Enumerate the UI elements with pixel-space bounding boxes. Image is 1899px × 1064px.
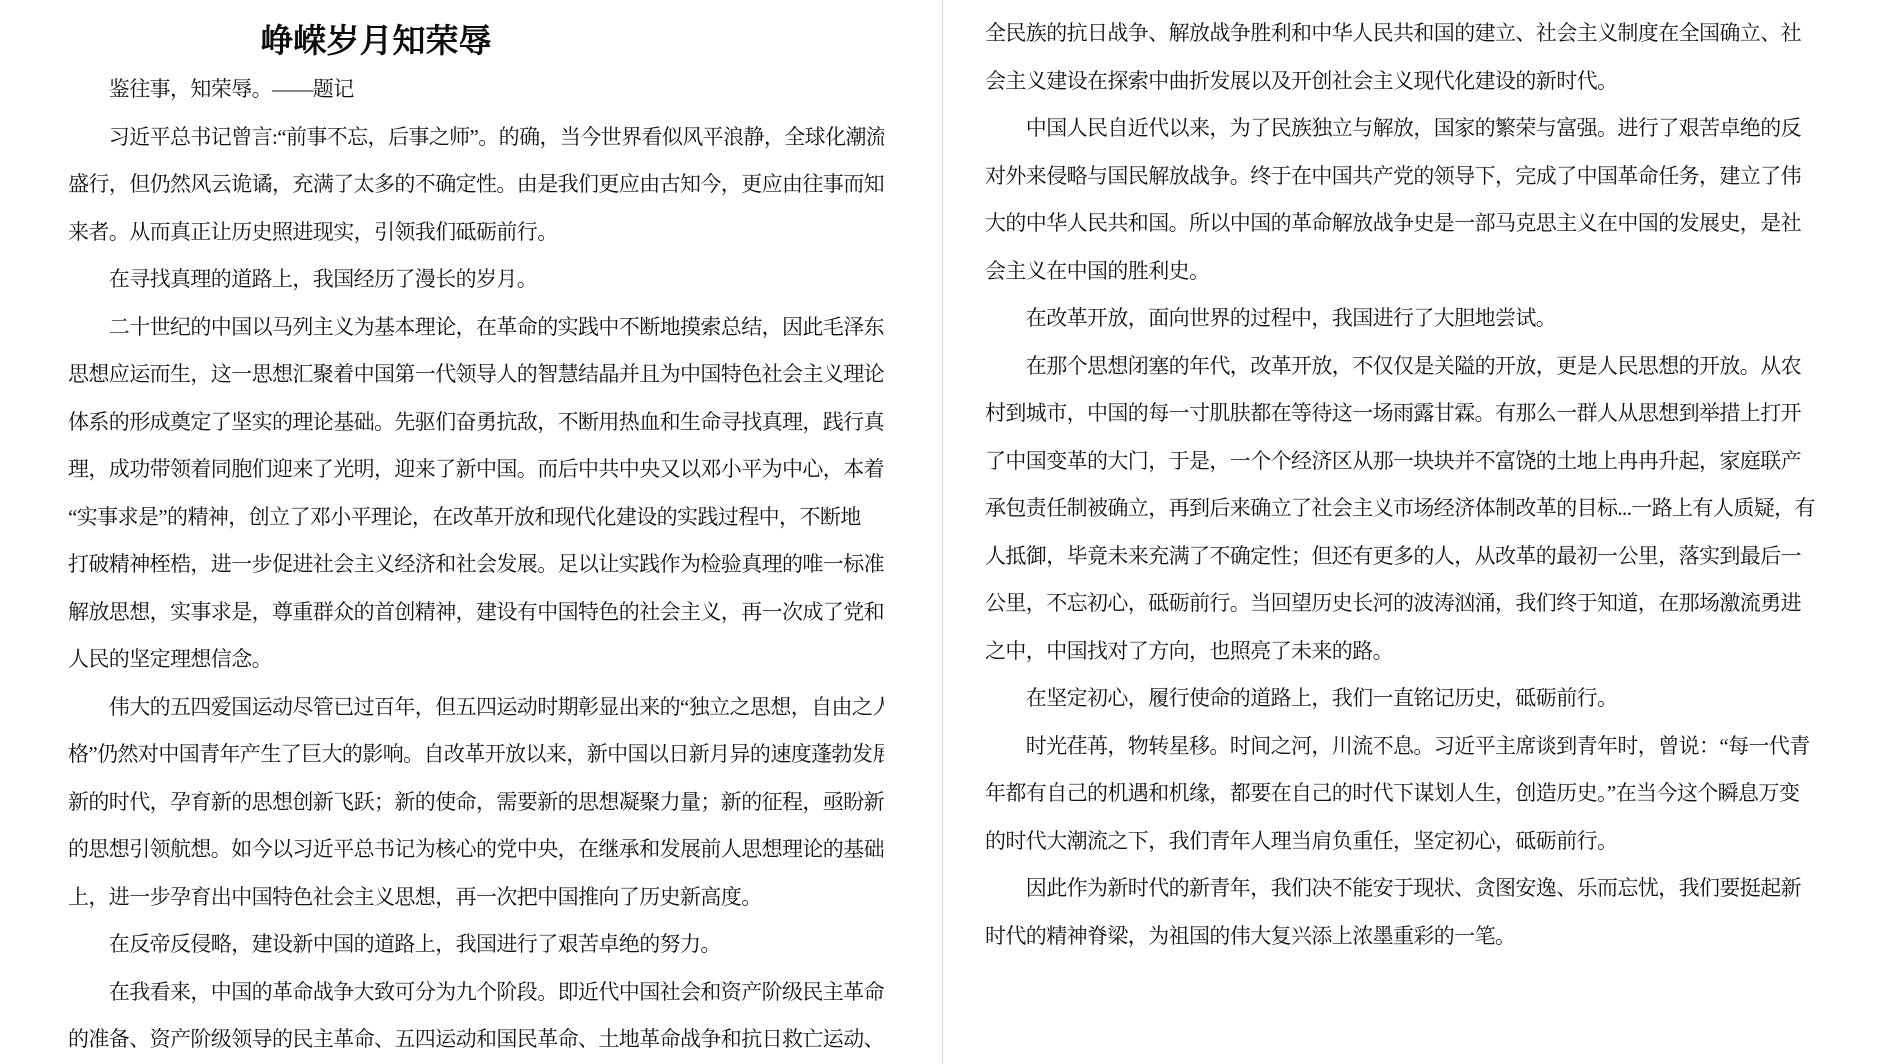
text-line: “实事求是”的精神，创立了邓小平理论，在改革开放和现代化建设的实践过程中，不断地 — [68, 494, 884, 542]
document-page-left: 峥嵘岁月知荣辱 鉴往事，知荣辱。——题记 习近平总书记曾言:“前事不忘，后事之师… — [0, 0, 943, 1064]
text-line: 全民族的抗日战争、解放战争胜利和中华人民共和国的建立、社会主义制度在全国确立、社 — [985, 10, 1855, 58]
text-line: 新的时代，孕育新的思想创新飞跃；新的使命，需要新的思想凝聚力量；新的征程，亟盼新 — [68, 779, 884, 827]
text-line: 体系的形成奠定了坚实的理论基础。先驱们奋勇抗敌，不断用热血和生命寻找真理，践行真 — [68, 399, 884, 447]
text-line: 人抵御，毕竟未来充满了不确定性；但还有更多的人，从改革的最初一公里，落实到最后一 — [985, 533, 1855, 581]
text-line: 大的中华人民共和国。所以中国的革命解放战争史是一部马克思主义在中国的发展史，是社 — [985, 200, 1855, 248]
text-line: 解放思想，实事求是，尊重群众的首创精神，建设有中国特色的社会主义，再一次成了党和 — [68, 589, 884, 637]
text-line: 伟大的五四爱国运动尽管已过百年，但五四运动时期彰显出来的“独立之思想，自由之人 — [68, 684, 884, 732]
text-line: 中国人民自近代以来，为了民族独立与解放，国家的繁荣与富强。进行了艰苦卓绝的反 — [985, 105, 1855, 153]
text-line: 时光荏苒，物转星移。时间之河，川流不息。习近平主席谈到青年时，曾说：“每一代青 — [985, 723, 1855, 771]
text-line: 公里，不忘初心，砥砺前行。当回望历史长河的波涛汹涌，我们终于知道，在那场激流勇进 — [985, 580, 1855, 628]
text-line: 鉴往事，知荣辱。——题记 — [68, 66, 884, 114]
text-line: 对外来侵略与国民解放战争。终于在中国共产党的领导下，完成了中国革命任务，建立了伟 — [985, 153, 1855, 201]
text-line: 了中国变革的大门，于是，一个个经济区从那一块块并不富饶的土地上冉冉升起，家庭联产 — [985, 438, 1855, 486]
text-line: 在坚定初心，履行使命的道路上，我们一直铭记历史，砥砺前行。 — [985, 675, 1855, 723]
text-line: 思想应运而生，这一思想汇聚着中国第一代领导人的智慧结晶并且为中国特色社会主义理论 — [68, 351, 884, 399]
text-line: 会主义建设在探索中曲折发展以及开创社会主义现代化建设的新时代。 — [985, 58, 1855, 106]
page-right-text-block: 全民族的抗日战争、解放战争胜利和中华人民共和国的建立、社会主义制度在全国确立、社… — [985, 10, 1855, 960]
text-line: 的思想引领航想。如今以习近平总书记为核心的党中央，在继承和发展前人思想理论的基础 — [68, 826, 884, 874]
text-line: 在我看来，中国的革命战争大致可分为九个阶段。即近代中国社会和资产阶级民主革命 — [68, 969, 884, 1017]
text-line: 盛行，但仍然风云诡谲，充满了太多的不确定性。由是我们更应由古知今，更应由往事而知 — [68, 161, 884, 209]
text-line: 理，成功带领着同胞们迎来了光明，迎来了新中国。而后中共中央又以邓小平为中心，本着 — [68, 446, 884, 494]
text-line: 在寻找真理的道路上，我国经历了漫长的岁月。 — [68, 256, 884, 304]
text-line: 的准备、资产阶级领导的民主革命、五四运动和国民革命、土地革命战争和抗日救亡运动、 — [68, 1016, 884, 1064]
text-line: 时代的精神脊梁，为祖国的伟大复兴添上浓墨重彩的一笔。 — [985, 913, 1855, 961]
text-line: 的时代大潮流之下，我们青年人理当肩负重任，坚定初心，砥砺前行。 — [985, 818, 1855, 866]
text-line: 会主义在中国的胜利史。 — [985, 248, 1855, 296]
text-line: 来者。从而真正让历史照进现实，引领我们砥砺前行。 — [68, 209, 884, 257]
text-line: 之中，中国找对了方向，也照亮了未来的路。 — [985, 628, 1855, 676]
document-title: 峥嵘岁月知荣辱 — [0, 18, 752, 66]
text-line: 承包责任制被确立，再到后来确立了社会主义市场经济体制改革的目标...一路上有人质… — [985, 485, 1855, 533]
text-line: 在那个思想闭塞的年代，改革开放，不仅仅是关隘的开放，更是人民思想的开放。从农 — [985, 343, 1855, 391]
text-line: 上，进一步孕育出中国特色社会主义思想，再一次把中国推向了历史新高度。 — [68, 874, 884, 922]
text-line: 打破精神桎梏，进一步促进社会主义经济和社会发展。足以让实践作为检验真理的唯一标准… — [68, 541, 884, 589]
page-left-text-block: 鉴往事，知荣辱。——题记 习近平总书记曾言:“前事不忘，后事之师”。的确，当今世… — [68, 66, 884, 1064]
text-line: 村到城市，中国的每一寸肌肤都在等待这一场雨露甘霖。有那么一群人从思想到举措上打开 — [985, 390, 1855, 438]
text-line: 二十世纪的中国以马列主义为基本理论，在革命的实践中不断地摸索总结，因此毛泽东 — [68, 304, 884, 352]
text-line: 习近平总书记曾言:“前事不忘，后事之师”。的确，当今世界看似风平浪静，全球化潮流 — [68, 114, 884, 162]
document-page-right: 全民族的抗日战争、解放战争胜利和中华人民共和国的建立、社会主义制度在全国确立、社… — [943, 0, 1899, 1064]
text-line: 因此作为新时代的新青年，我们决不能安于现状、贪图安逸、乐而忘忧，我们要挺起新 — [985, 865, 1855, 913]
text-line: 格”仍然对中国青年产生了巨大的影响。自改革开放以来，新中国以日新月异的速度蓬勃发… — [68, 731, 884, 779]
text-line: 人民的坚定理想信念。 — [68, 636, 884, 684]
text-line: 在反帝反侵略，建设新中国的道路上，我国进行了艰苦卓绝的努力。 — [68, 921, 884, 969]
text-line: 在改革开放，面向世界的过程中，我国进行了大胆地尝试。 — [985, 295, 1855, 343]
text-line: 年都有自己的机遇和机缘，都要在自己的时代下谋划人生，创造历史。”在当今这个瞬息万… — [985, 770, 1855, 818]
